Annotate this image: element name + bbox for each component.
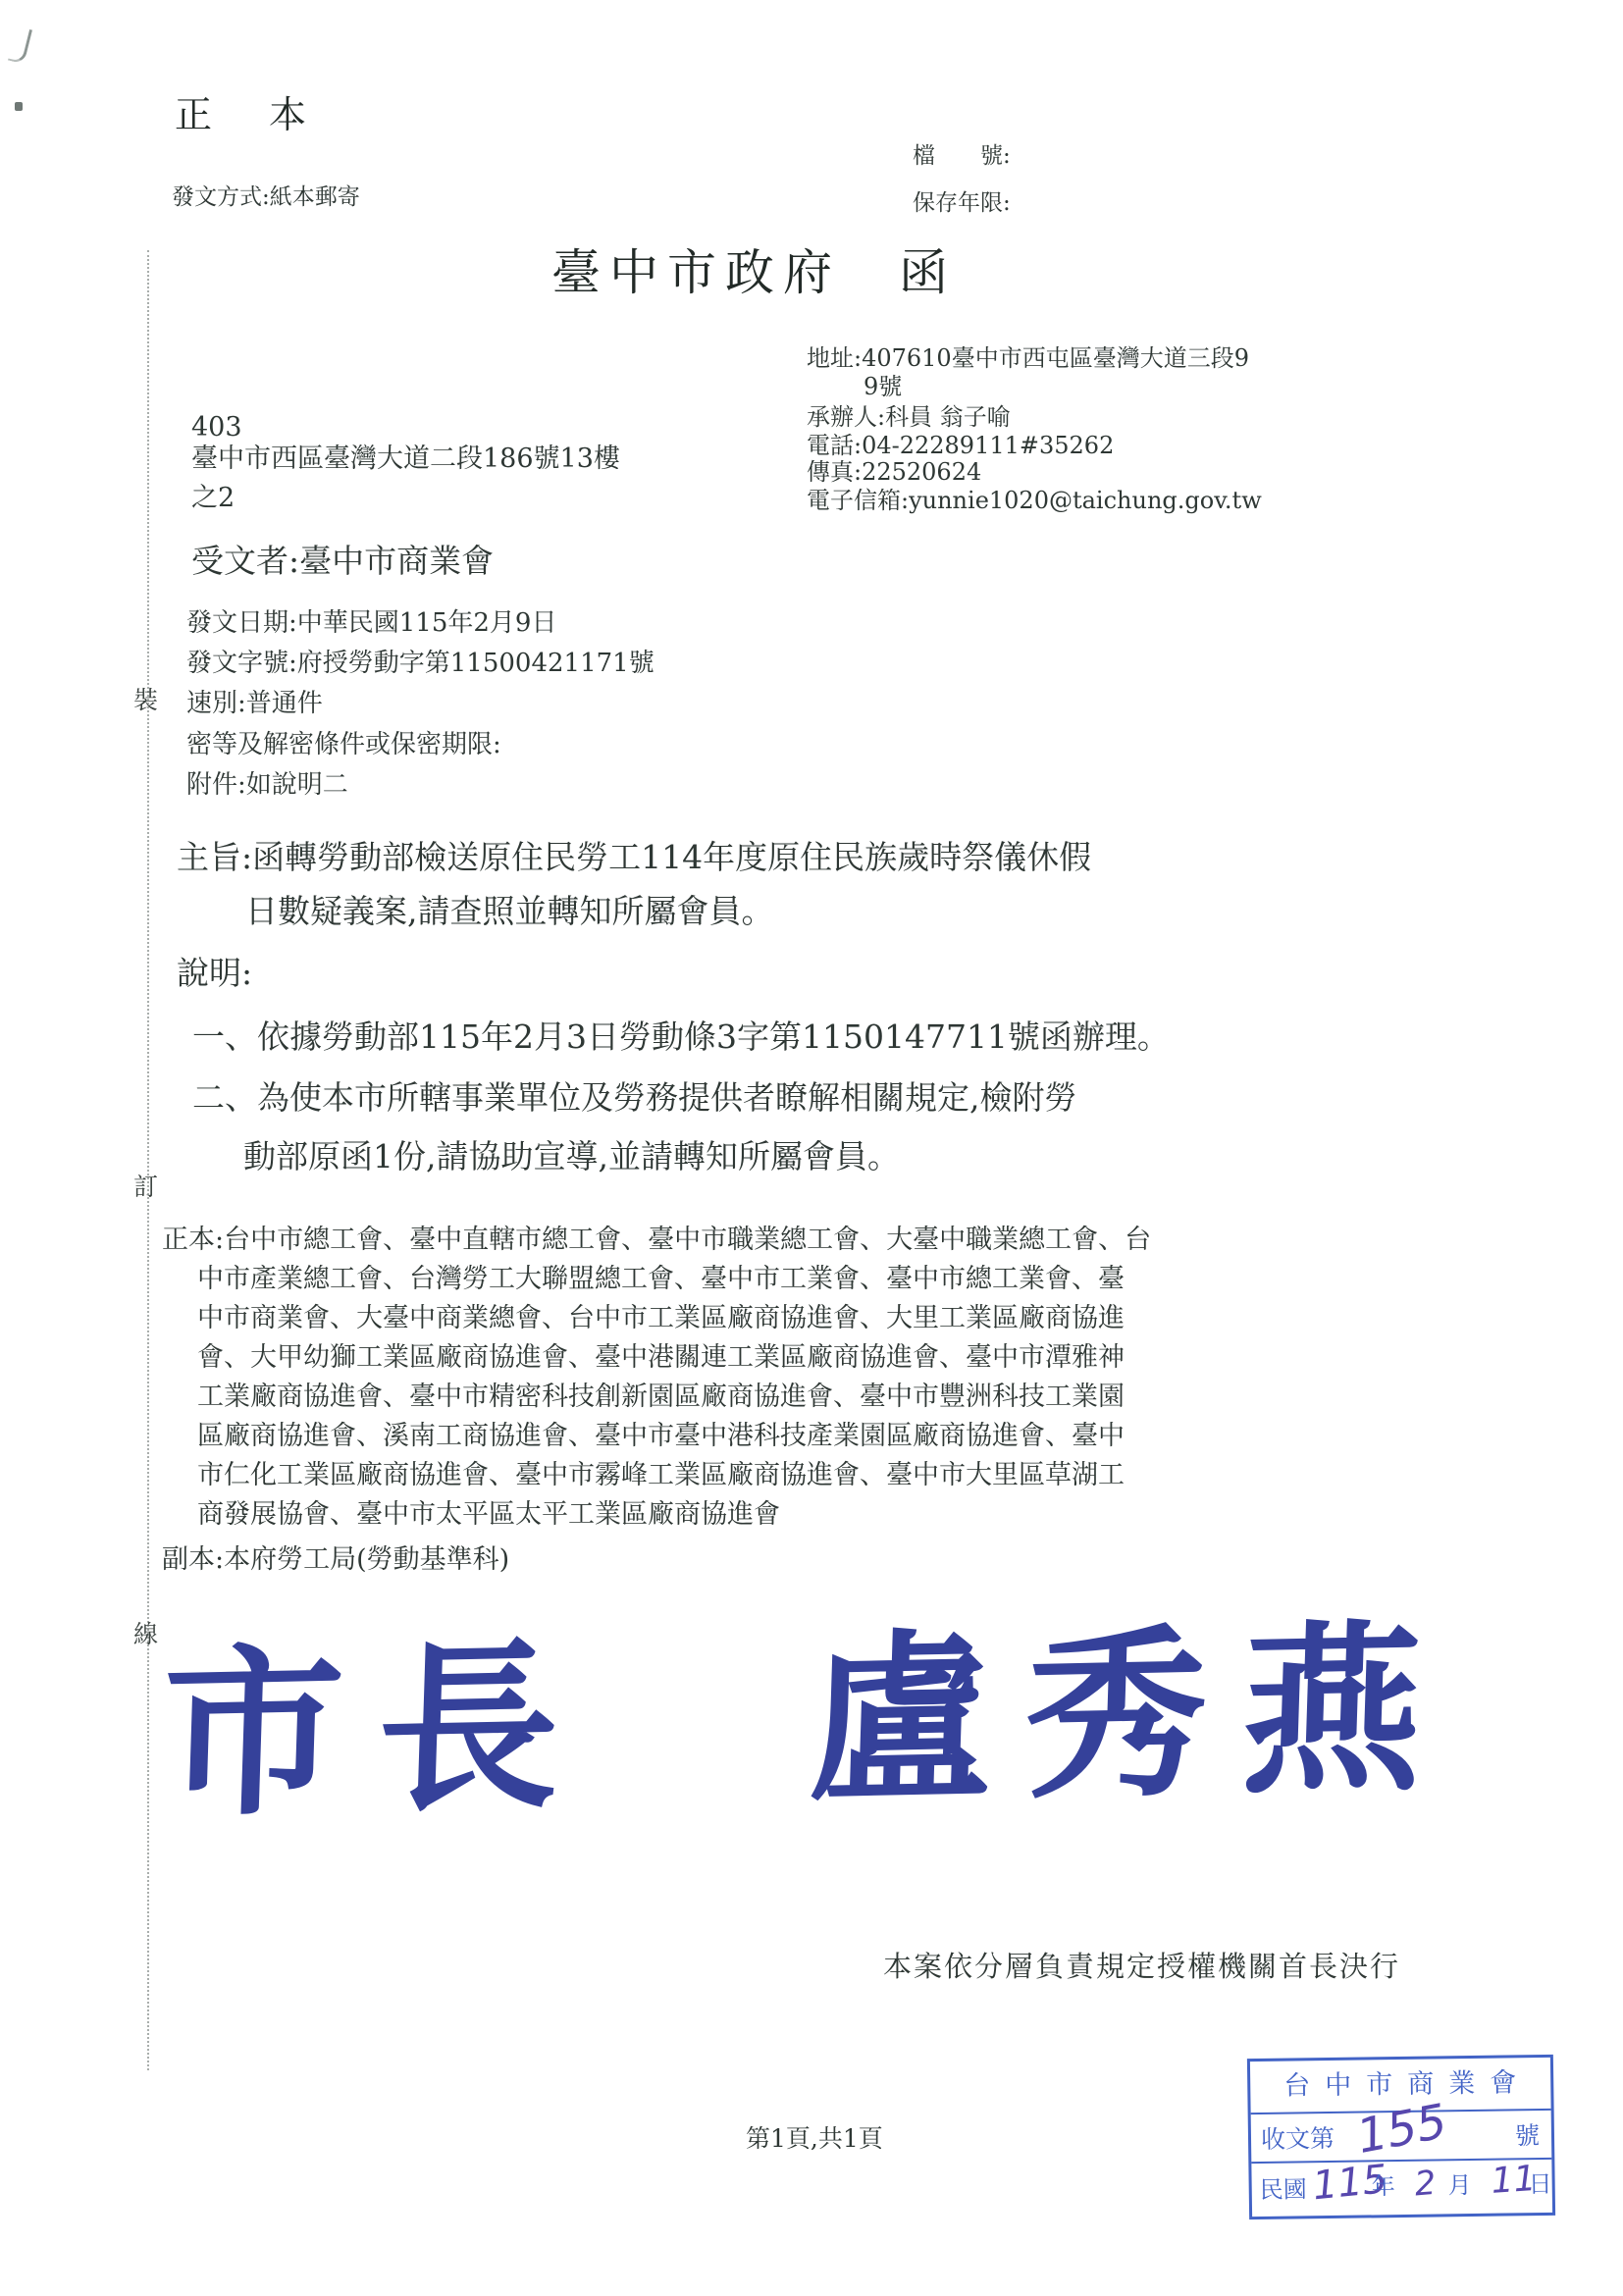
original-copy-line: 中市產業總工會、台灣勞工大聯盟總工會、臺中市工業會、臺中市總工業會、臺 [197,1264,1125,1294]
stamp-date-row: 民國 115 年 2 月 11 日 [1251,2160,1552,2213]
original-copy-line: 會、大甲幼獅工業區廠商協進會、臺中港關連工業區廠商協進會、臺中市潭雅神 [197,1342,1125,1373]
original-copy-line: 市仁化工業區廠商協進會、臺中市霧峰工業區廠商協進會、臺中市大里區草湖工 [197,1460,1125,1490]
subject-line2: 日數疑義案,請查照並轉知所屬會員。 [245,893,774,930]
recipient-address-line1: 臺中市西區臺灣大道二段186號13樓 [191,444,620,474]
sender-fax: 傳真:22520624 [807,459,981,487]
copy-type-label: 正 本 [175,94,316,137]
stamp-receipt-prefix: 收文第 [1261,2125,1335,2155]
sender-address-line2: 9號 [864,374,902,401]
carbon-copy-text: 本府勞工局(勞動基準科) [224,1544,509,1575]
attachment-note: 附件:如說明二 [186,771,348,801]
subject-label: 主旨: [177,838,252,876]
issue-date: 發文日期:中華民國115年2月9日 [186,609,556,639]
delivery-method: 發文方式:紙本郵寄 [172,184,360,210]
original-copy-line: 中市商業會、大臺中商業總會、台中市工業區廠商協進會、大里工業區廠商協進 [197,1303,1125,1333]
original-copy-text: 台中市總工會、臺中直轄市總工會、臺中市職業總工會、大臺中職業總工會、台 [224,1225,1151,1255]
binding-mark-xian: 線 [133,1621,158,1649]
explanation-item2-line1: 二、為使本市所轄事業單位及勞務提供者瞭解相關規定,檢附勞 [192,1079,1077,1117]
retention-period-label: 保存年限: [913,190,1011,216]
official-letter-page: 正 本 發文方式:紙本郵寄 檔 號: 保存年限: 臺中市政府 函 地址:4076… [0,0,1623,2296]
stamp-month-unit: 月 [1448,2172,1472,2200]
original-copy-line: 商發展協會、臺中市太平區太平工業區廠商協進會 [197,1499,780,1530]
addressee-line: 受文者:臺中市商業會 [191,543,494,580]
recipient-postal-code: 403 [191,412,242,443]
explanation-item2-line2: 動部原函1份,請協助宣導,並請轉知所屬會員。 [243,1138,900,1175]
handwritten-month: 2 [1413,2165,1438,2205]
binding-dotted-line [147,250,149,2070]
stamp-era-prefix: 民國 [1260,2176,1307,2204]
binding-mark-zhuang: 裝 [133,687,158,715]
stamp-year-unit: 年 [1372,2173,1395,2201]
document-number: 發文字號:府授勞動字第11500421171號 [186,650,654,679]
file-number-label: 檔 號: [913,143,1011,169]
speed-class: 速別:普通件 [186,690,323,719]
scan-artifact [15,102,23,111]
stamp-receipt-row: 收文第 155 號 [1251,2111,1552,2164]
stamp-day-unit: 日 [1529,2171,1552,2199]
mayor-signature: 市長 盧秀燕 [159,1617,1460,1826]
security-class: 密等及解密條件或保密期限: [186,731,501,760]
sender-contact-person: 承辦人:科員 翁子喻 [807,404,1011,432]
authorization-note: 本案依分層負責規定授權機關首長決行 [883,1951,1400,1983]
stamp-receipt-suffix: 號 [1515,2122,1540,2151]
subject-text-line1: 函轉勞動部檢送原住民勞工114年度原住民族歲時祭儀休假 [252,838,1091,876]
page-number: 第1頁,共1頁 [746,2125,883,2154]
sender-address-line1: 地址:407610臺中市西屯區臺灣大道三段9 [807,345,1249,373]
sender-email: 電子信箱:yunnie1020@taichung.gov.tw [807,488,1262,515]
explanation-label: 說明: [177,955,252,992]
original-copy-label: 正本: [162,1225,224,1255]
original-copy-line: 工業廠商協進會、臺中市精密科技創新園區廠商協進會、臺中市豐洲科技工業園 [197,1382,1125,1412]
document-title: 臺中市政府 函 [551,245,957,302]
carbon-copy-line: 副本:本府勞工局(勞動基準科) [162,1544,509,1575]
scan-artifact [8,26,32,64]
received-stamp: 台中市商業會 收文第 155 號 民國 115 年 2 月 11 日 [1247,2055,1555,2219]
recipient-address-line2: 之2 [191,483,235,513]
original-copy-line: 正本:台中市總工會、臺中直轄市總工會、臺中市職業總工會、大臺中職業總工會、台 [162,1225,1151,1255]
sender-phone: 電話:04-22289111#35262 [807,433,1114,460]
subject-line1: 主旨:函轉勞動部檢送原住民勞工114年度原住民族歲時祭儀休假 [177,839,1091,876]
explanation-item1: 一、依據勞動部115年2月3日勞動條3字第1150147711號函辦理。 [192,1018,1170,1056]
binding-mark-ding: 訂 [133,1174,158,1202]
carbon-copy-label: 副本: [162,1544,224,1575]
original-copy-line: 區廠商協進會、溪南工商協進會、臺中市臺中港科技產業園區廠商協進會、臺中 [197,1421,1125,1451]
